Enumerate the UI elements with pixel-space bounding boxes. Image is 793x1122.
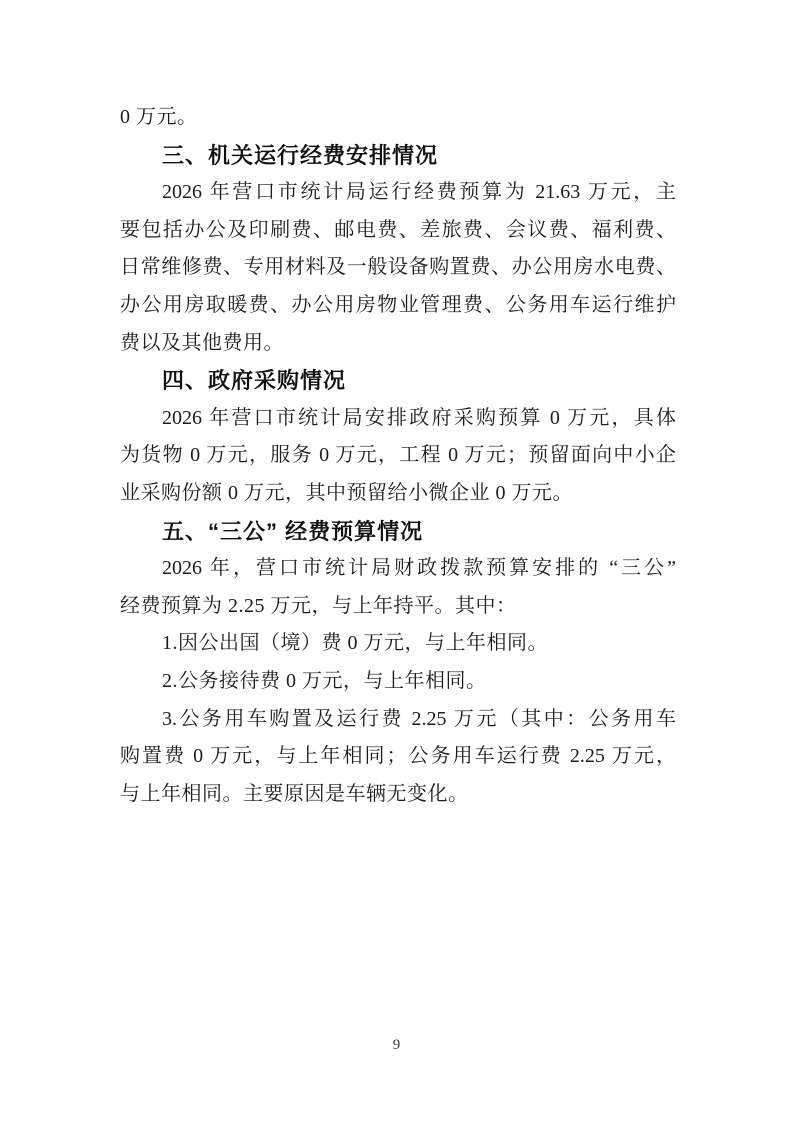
list-item-2: 2.公务接待费 0 万元，与上年相同。 bbox=[120, 663, 676, 701]
body-line-5: 办公用房取暖费、办公用房物业管理费、公务用车运行维护 bbox=[120, 287, 676, 325]
body-line-3: 要包括办公及印刷费、邮电费、差旅费、会议费、福利费、 bbox=[120, 212, 676, 250]
heading-section-4: 四、政府采购情况 bbox=[120, 362, 676, 400]
body-line-13: 与上年相同。主要原因是车辆无变化。 bbox=[120, 776, 676, 814]
body-line-9: 业采购份额 0 万元，其中预留给小微企业 0 万元。 bbox=[120, 475, 676, 513]
heading-section-3: 三、机关运行经费安排情况 bbox=[120, 137, 676, 175]
body-line-8: 为货物 0 万元，服务 0 万元，工程 0 万元；预留面向中小企 bbox=[120, 437, 676, 475]
body-line-12: 购置费 0 万元，与上年相同；公务用车运行费 2.25 万元， bbox=[120, 738, 676, 776]
body-line-6: 费以及其他费用。 bbox=[120, 325, 676, 363]
body-line-2: 2026 年营口市统计局运行经费预算为 21.63 万元，主 bbox=[120, 174, 676, 212]
document-text: 0 万元。 三、机关运行经费安排情况 2026 年营口市统计局运行经费预算为 2… bbox=[120, 99, 676, 813]
body-line-1: 0 万元。 bbox=[120, 99, 676, 137]
document-page: 0 万元。 三、机关运行经费安排情况 2026 年营口市统计局运行经费预算为 2… bbox=[0, 0, 793, 1122]
body-line-10: 2026 年，营口市统计局财政拨款预算安排的 “三公” bbox=[120, 550, 676, 588]
list-item-3: 3.公务用车购置及运行费 2.25 万元（其中：公务用车 bbox=[120, 701, 676, 739]
body-line-7: 2026 年营口市统计局安排政府采购预算 0 万元，具体 bbox=[120, 400, 676, 438]
heading-section-5: 五、“三公” 经费预算情况 bbox=[120, 513, 676, 551]
body-line-4: 日常维修费、专用材料及一般设备购置费、办公用房水电费、 bbox=[120, 249, 676, 287]
list-item-1: 1.因公出国（境）费 0 万元，与上年相同。 bbox=[120, 625, 676, 663]
body-line-11: 经费预算为 2.25 万元，与上年持平。其中： bbox=[120, 588, 676, 626]
page-number: 9 bbox=[0, 1037, 793, 1054]
